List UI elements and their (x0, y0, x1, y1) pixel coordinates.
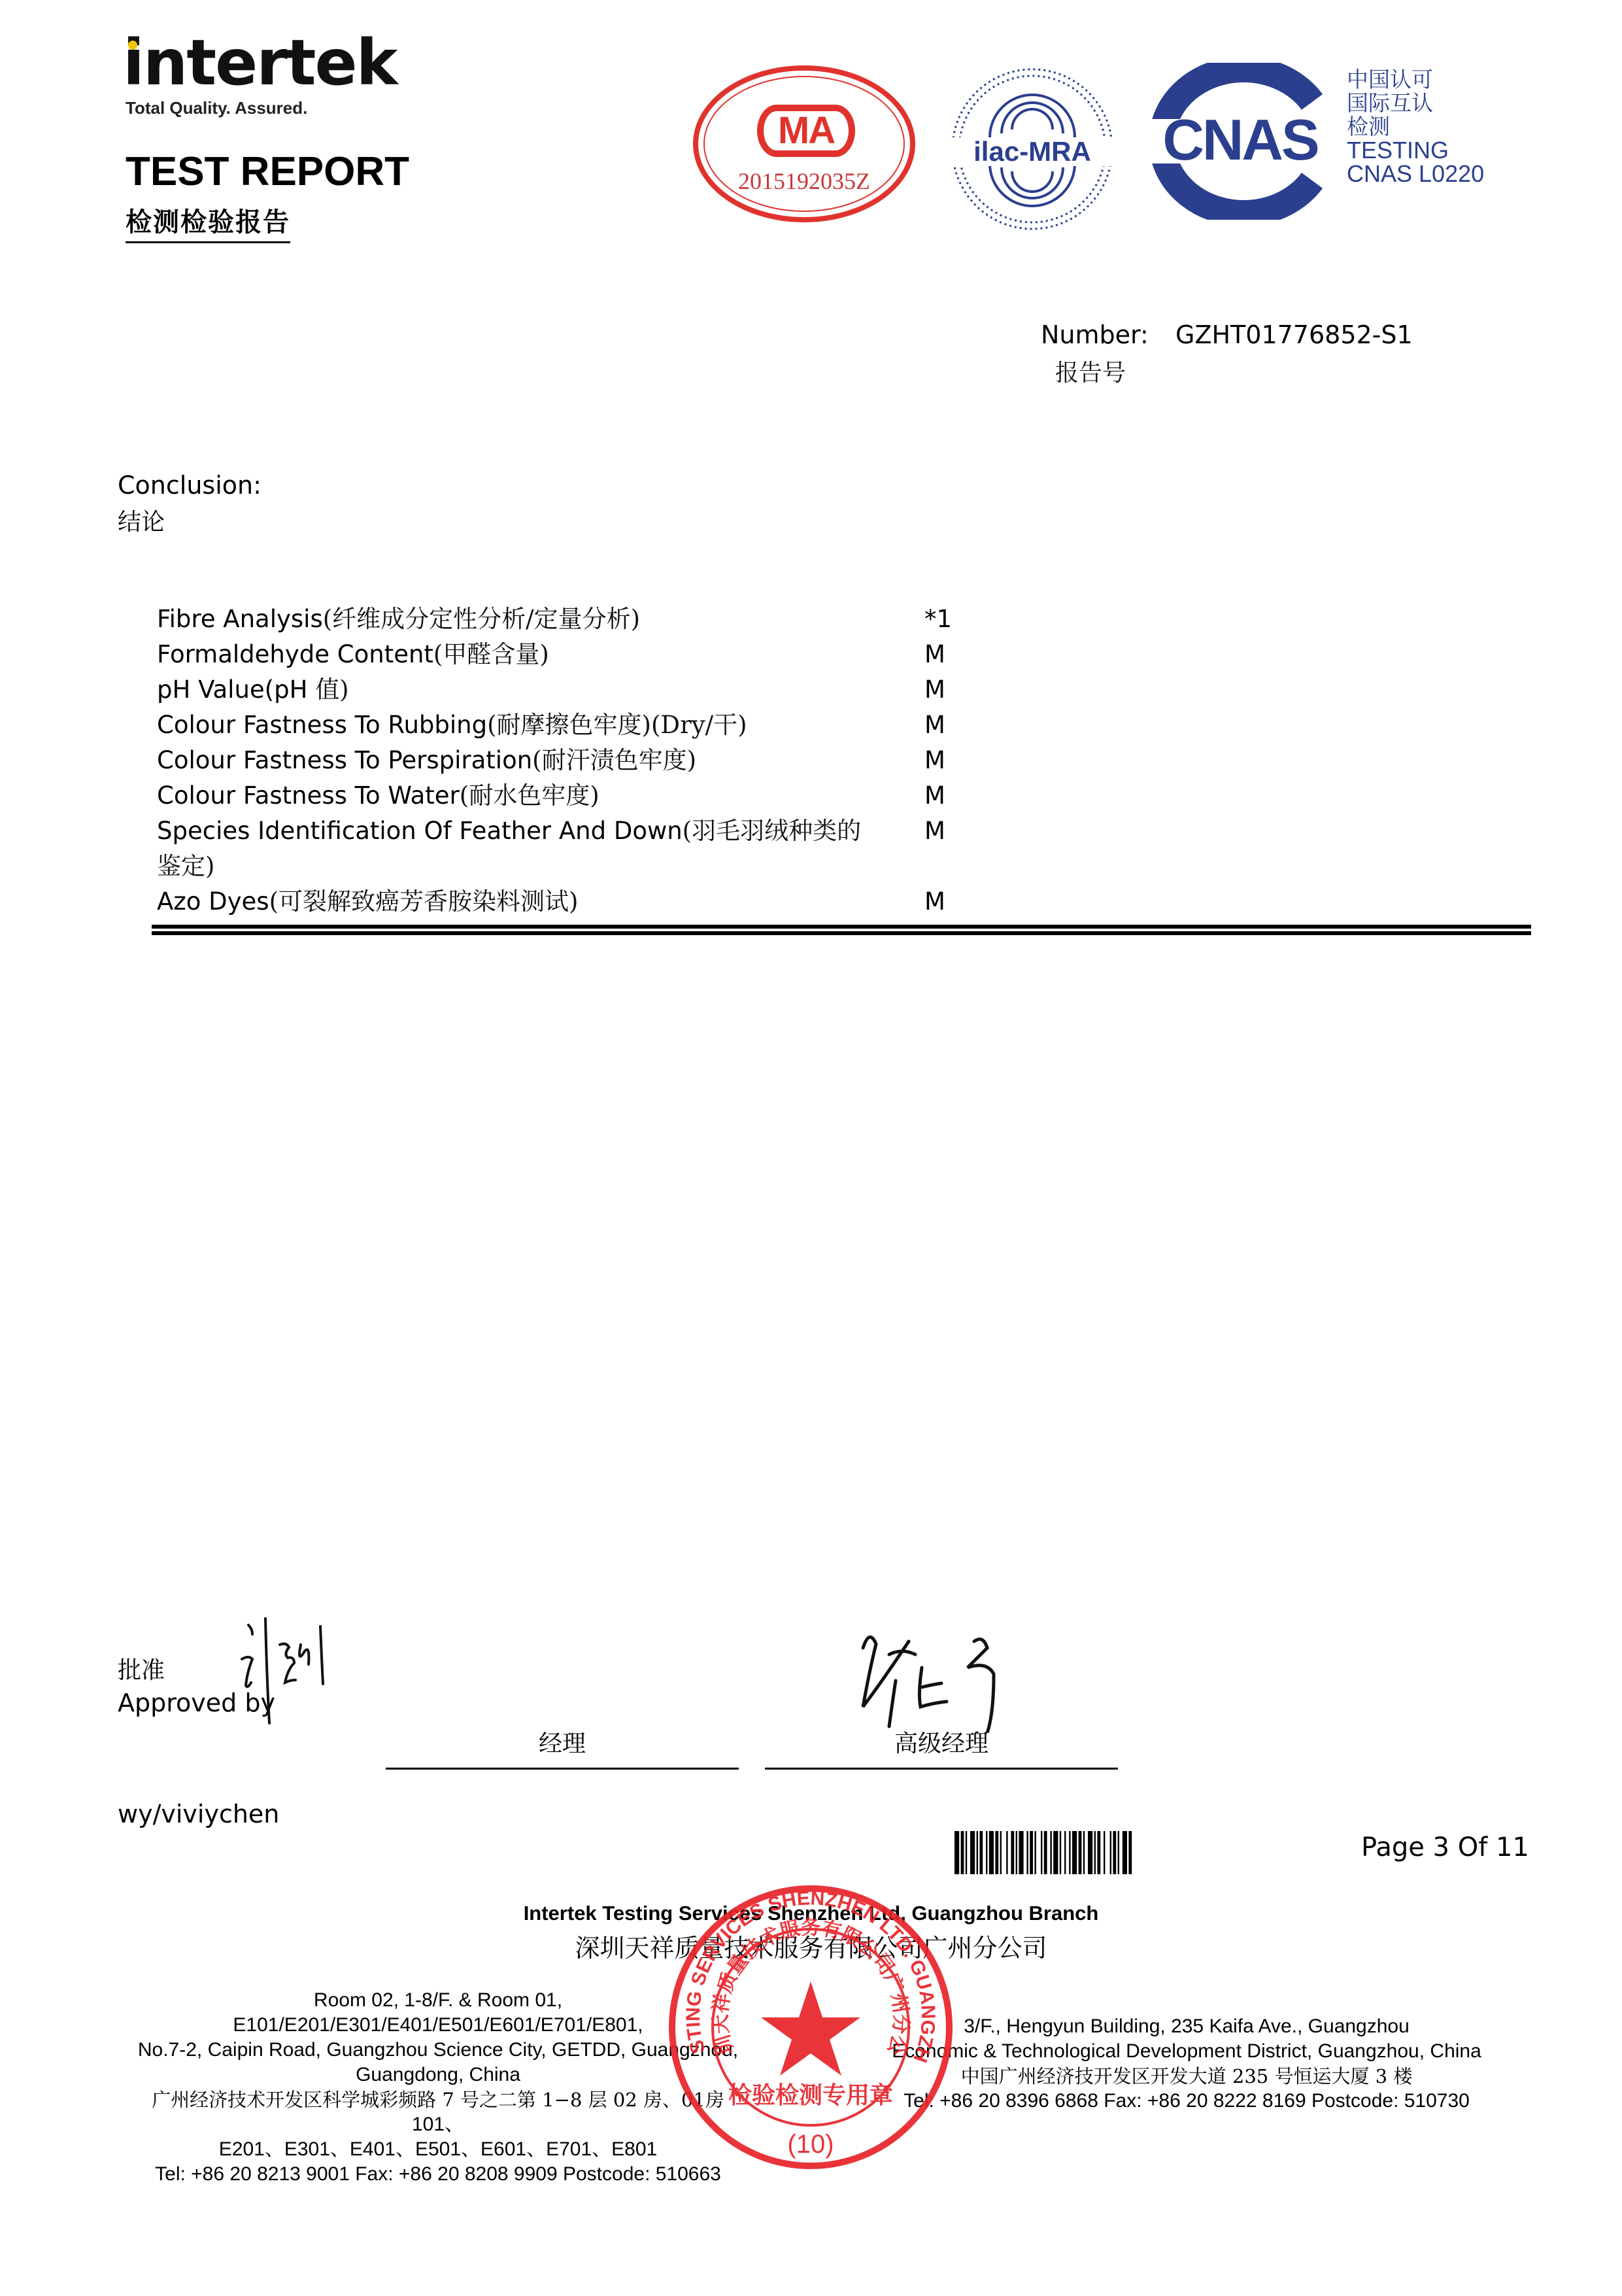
svg-text:(10): (10) (787, 2130, 834, 2159)
conclusion-heading: Conclusion: (118, 471, 262, 500)
report-title-cn: 检测检验报告 (126, 201, 290, 243)
prepared-by: wy/viviychen (118, 1800, 279, 1828)
result-row: Colour Fastness To Perspiration(耐汗渍色牢度) … (157, 743, 1530, 778)
signatory-senior-manager: 高级经理 (765, 1725, 1118, 1770)
approved-by-label-cn: 批准 (118, 1652, 165, 1685)
result-row: pH Value(pH 值) M (157, 672, 1530, 708)
barcode-icon (955, 1831, 1203, 1874)
result-row: Fibre Analysis(纤维成分定性分析/定量分析) *1 (157, 602, 1530, 637)
signatory-manager: 经理 (386, 1725, 739, 1770)
result-value: M (924, 708, 945, 743)
report-number: GZHT01776852-S1 (1175, 320, 1413, 349)
svg-text:ilac-MRA: ilac-MRA (973, 136, 1091, 167)
result-row: Species Identification Of Feather And Do… (157, 814, 1530, 884)
double-rule-top (152, 925, 1531, 929)
cma-number: 2015192035Z (698, 167, 910, 195)
logo-tagline: Total Quality. Assured. (126, 98, 307, 118)
manager-signature-icon (222, 1612, 445, 1730)
result-value: M (924, 778, 945, 814)
conclusion-heading-cn: 结论 (118, 504, 165, 537)
intertek-logo: intertek (123, 31, 396, 94)
result-value: M (924, 672, 945, 708)
result-row: Colour Fastness To Water(耐水色牢度) M (157, 778, 1530, 814)
result-value: M (924, 743, 945, 778)
ilac-mra-logo-icon: ilac-MRA (947, 65, 1118, 233)
signature-line (386, 1768, 739, 1770)
signatory-title: 高级经理 (765, 1725, 1118, 1758)
cma-logo-text: MA (757, 105, 855, 157)
conclusion-results-list: Fibre Analysis(纤维成分定性分析/定量分析) *1 Formald… (157, 602, 1530, 919)
senior-manager-signature-icon (850, 1615, 1066, 1733)
svg-text:检验检测专用章: 检验检测专用章 (728, 2082, 893, 2109)
company-seal-stamp-icon: INTERTEK TESTING SERVICES SHENZHEN LTD. … (667, 1883, 955, 2171)
result-row: Formaldehyde Content(甲醛含量) M (157, 637, 1530, 672)
page-number: Page 3 Of 11 (1361, 1832, 1529, 1862)
cnas-logo-icon: CNAS (1145, 63, 1335, 220)
report-title: TEST REPORT (126, 152, 409, 192)
report-number-label: Number: (1041, 320, 1149, 349)
result-value: M (924, 637, 945, 672)
logo-dot-icon (128, 41, 137, 50)
signature-line (765, 1768, 1118, 1770)
cnas-caption: 中国认可 国际互认 检测 TESTING CNAS L0220 (1347, 68, 1484, 186)
result-value: *1 (924, 602, 952, 637)
result-row: Colour Fastness To Rubbing(耐摩擦色牢度)(Dry/干… (157, 708, 1530, 743)
cma-accreditation-mark: MA 2015192035Z (693, 65, 915, 222)
double-rule-bottom (152, 931, 1531, 935)
report-number-label-cn: 报告号 (1055, 354, 1126, 388)
result-row: Azo Dyes(可裂解致癌芳香胺染料测试) M (157, 884, 1530, 919)
svg-text:CNAS: CNAS (1162, 107, 1318, 172)
result-value: M (924, 884, 945, 919)
signatory-title: 经理 (386, 1725, 739, 1758)
result-value: M (924, 814, 945, 849)
